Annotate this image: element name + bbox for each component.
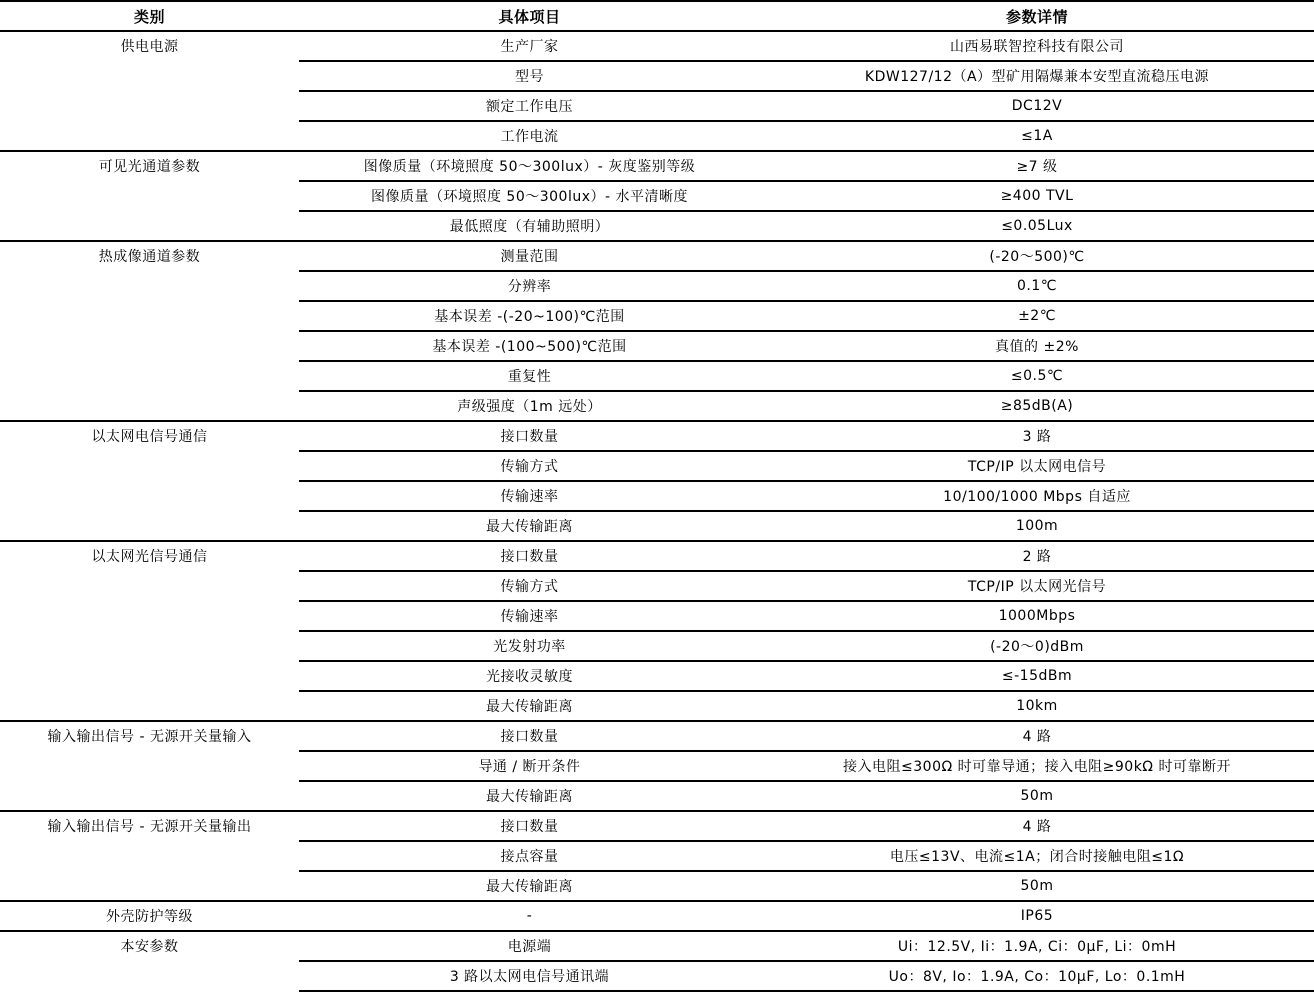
value-cell: ≤0.5℃ <box>760 362 1314 390</box>
item-cell: 传输方式 <box>299 572 760 600</box>
category-cell <box>0 782 299 810</box>
table-header-row: 类别 具体项目 参数详情 <box>0 2 1314 32</box>
table-row: 可见光通道参数图像质量（环境照度 50～300lux）- 灰度鉴别等级≥7 级 <box>0 152 1314 182</box>
table-row: 外壳防护等级-IP65 <box>0 902 1314 932</box>
category-cell <box>0 842 299 870</box>
table-row: 工作电流≤1A <box>0 122 1314 152</box>
table-row: 输入输出信号 - 无源开关量输入接口数量4 路 <box>0 722 1314 752</box>
item-cell: 图像质量（环境照度 50～300lux）- 水平清晰度 <box>299 182 760 210</box>
category-cell <box>0 122 299 150</box>
item-cell: 接口数量 <box>299 812 760 840</box>
category-cell <box>0 602 299 630</box>
category-cell <box>0 872 299 900</box>
item-cell: 基本误差 -(-20~100)℃范围 <box>299 302 760 330</box>
item-cell: 3 路以太网电信号通讯端 <box>299 962 760 990</box>
item-cell: 声级强度（1m 远处） <box>299 392 760 420</box>
category-cell: 输入输出信号 - 无源开关量输入 <box>0 722 299 750</box>
table-row: 基本误差 -(100~500)℃范围真值的 ±2% <box>0 332 1314 362</box>
value-cell: ≤0.05Lux <box>760 212 1314 240</box>
category-cell: 外壳防护等级 <box>0 902 299 930</box>
table-row: 最低照度（有辅助照明）≤0.05Lux <box>0 212 1314 242</box>
category-cell <box>0 362 299 390</box>
item-cell: 分辨率 <box>299 272 760 300</box>
value-cell: KDW127/12（A）型矿用隔爆兼本安型直流稳压电源 <box>760 62 1314 90</box>
category-cell <box>0 182 299 210</box>
category-cell: 以太网光信号通信 <box>0 542 299 570</box>
category-cell <box>0 392 299 420</box>
table-row: 本安参数电源端Ui：12.5V, Ii：1.9A, Ci：0μF, Li：0mH <box>0 932 1314 962</box>
table-row: 最大传输距离10km <box>0 692 1314 722</box>
item-cell: 导通 / 断开条件 <box>299 752 760 780</box>
category-cell <box>0 512 299 540</box>
value-cell: TCP/IP 以太网光信号 <box>760 572 1314 600</box>
table-body: 供电电源生产厂家山西易联智控科技有限公司型号KDW127/12（A）型矿用隔爆兼… <box>0 32 1314 992</box>
table-row: 输入输出信号 - 无源开关量输出接口数量4 路 <box>0 812 1314 842</box>
item-cell: 最大传输距离 <box>299 782 760 810</box>
item-cell: - <box>299 902 760 930</box>
item-cell: 光发射功率 <box>299 632 760 660</box>
value-cell: ±2℃ <box>760 302 1314 330</box>
table-row: 最大传输距离50m <box>0 872 1314 902</box>
category-cell: 本安参数 <box>0 932 299 960</box>
item-cell: 型号 <box>299 62 760 90</box>
value-cell: 3 路 <box>760 422 1314 450</box>
category-cell <box>0 272 299 300</box>
table-row: 额定工作电压DC12V <box>0 92 1314 122</box>
value-cell: 2 路 <box>760 542 1314 570</box>
item-cell: 工作电流 <box>299 122 760 150</box>
category-cell <box>0 332 299 360</box>
value-cell: 100m <box>760 512 1314 540</box>
value-cell: 10km <box>760 692 1314 720</box>
table-row: 传输速率1000Mbps <box>0 602 1314 632</box>
table-row: 接点容量电压≤13V、电流≤1A；闭合时接触电阻≤1Ω <box>0 842 1314 872</box>
value-cell: (-20～500)℃ <box>760 242 1314 270</box>
value-cell: Ui：12.5V, Ii：1.9A, Ci：0μF, Li：0mH <box>760 932 1314 960</box>
table-row: 最大传输距离50m <box>0 782 1314 812</box>
item-cell: 最大传输距离 <box>299 692 760 720</box>
value-cell: 1000Mbps <box>760 602 1314 630</box>
value-cell: 4 路 <box>760 812 1314 840</box>
item-cell: 电源端 <box>299 932 760 960</box>
spec-table: 类别 具体项目 参数详情 供电电源生产厂家山西易联智控科技有限公司型号KDW12… <box>0 0 1314 992</box>
value-cell: 4 路 <box>760 722 1314 750</box>
category-cell <box>0 572 299 600</box>
table-row: 分辨率0.1℃ <box>0 272 1314 302</box>
value-cell: 山西易联智控科技有限公司 <box>760 32 1314 60</box>
table-row: 基本误差 -(-20~100)℃范围±2℃ <box>0 302 1314 332</box>
item-cell: 基本误差 -(100~500)℃范围 <box>299 332 760 360</box>
item-cell: 重复性 <box>299 362 760 390</box>
item-cell: 最大传输距离 <box>299 512 760 540</box>
value-cell: ≥400 TVL <box>760 182 1314 210</box>
table-row: 传输速率10/100/1000 Mbps 自适应 <box>0 482 1314 512</box>
item-cell: 额定工作电压 <box>299 92 760 120</box>
value-cell: 电压≤13V、电流≤1A；闭合时接触电阻≤1Ω <box>760 842 1314 870</box>
header-item: 具体项目 <box>299 2 760 30</box>
table-row: 导通 / 断开条件接入电阻≤300Ω 时可靠导通；接入电阻≥90kΩ 时可靠断开 <box>0 752 1314 782</box>
category-cell: 输入输出信号 - 无源开关量输出 <box>0 812 299 840</box>
category-cell: 热成像通道参数 <box>0 242 299 270</box>
category-cell <box>0 92 299 120</box>
category-cell: 以太网电信号通信 <box>0 422 299 450</box>
item-cell: 图像质量（环境照度 50～300lux）- 灰度鉴别等级 <box>299 152 760 180</box>
item-cell: 接口数量 <box>299 542 760 570</box>
item-cell: 生产厂家 <box>299 32 760 60</box>
category-cell <box>0 692 299 720</box>
value-cell: Uo：8V, Io：1.9A, Co：10μF, Lo：0.1mH <box>760 962 1314 990</box>
value-cell: DC12V <box>760 92 1314 120</box>
value-cell: 接入电阻≤300Ω 时可靠导通；接入电阻≥90kΩ 时可靠断开 <box>760 752 1314 780</box>
item-cell: 测量范围 <box>299 242 760 270</box>
value-cell: 真值的 ±2% <box>760 332 1314 360</box>
item-cell: 传输速率 <box>299 482 760 510</box>
table-row: 传输方式TCP/IP 以太网电信号 <box>0 452 1314 482</box>
value-cell: IP65 <box>760 902 1314 930</box>
table-row: 重复性≤0.5℃ <box>0 362 1314 392</box>
value-cell: ≤1A <box>760 122 1314 150</box>
item-cell: 接口数量 <box>299 422 760 450</box>
item-cell: 接口数量 <box>299 722 760 750</box>
value-cell: 50m <box>760 782 1314 810</box>
table-row: 图像质量（环境照度 50～300lux）- 水平清晰度≥400 TVL <box>0 182 1314 212</box>
table-row: 热成像通道参数测量范围(-20～500)℃ <box>0 242 1314 272</box>
header-category: 类别 <box>0 2 299 30</box>
value-cell: 50m <box>760 872 1314 900</box>
table-row: 光接收灵敏度≤-15dBm <box>0 662 1314 692</box>
value-cell: ≥7 级 <box>760 152 1314 180</box>
item-cell: 最低照度（有辅助照明） <box>299 212 760 240</box>
value-cell: ≥85dB(A) <box>760 392 1314 420</box>
category-cell <box>0 632 299 660</box>
item-cell: 传输方式 <box>299 452 760 480</box>
header-value: 参数详情 <box>760 2 1314 30</box>
table-row: 3 路以太网电信号通讯端Uo：8V, Io：1.9A, Co：10μF, Lo：… <box>0 962 1314 992</box>
item-cell: 接点容量 <box>299 842 760 870</box>
category-cell <box>0 302 299 330</box>
category-cell: 供电电源 <box>0 32 299 60</box>
value-cell: 10/100/1000 Mbps 自适应 <box>760 482 1314 510</box>
table-row: 传输方式TCP/IP 以太网光信号 <box>0 572 1314 602</box>
category-cell: 可见光通道参数 <box>0 152 299 180</box>
table-row: 光发射功率(-20～0)dBm <box>0 632 1314 662</box>
category-cell <box>0 962 299 990</box>
value-cell: (-20～0)dBm <box>760 632 1314 660</box>
value-cell: TCP/IP 以太网电信号 <box>760 452 1314 480</box>
table-row: 以太网光信号通信接口数量2 路 <box>0 542 1314 572</box>
table-row: 供电电源生产厂家山西易联智控科技有限公司 <box>0 32 1314 62</box>
item-cell: 光接收灵敏度 <box>299 662 760 690</box>
category-cell <box>0 62 299 90</box>
value-cell: ≤-15dBm <box>760 662 1314 690</box>
category-cell <box>0 752 299 780</box>
category-cell <box>0 452 299 480</box>
value-cell: 0.1℃ <box>760 272 1314 300</box>
item-cell: 最大传输距离 <box>299 872 760 900</box>
category-cell <box>0 482 299 510</box>
table-row: 声级强度（1m 远处）≥85dB(A) <box>0 392 1314 422</box>
item-cell: 传输速率 <box>299 602 760 630</box>
category-cell <box>0 212 299 240</box>
table-row: 型号KDW127/12（A）型矿用隔爆兼本安型直流稳压电源 <box>0 62 1314 92</box>
table-row: 以太网电信号通信接口数量3 路 <box>0 422 1314 452</box>
category-cell <box>0 662 299 690</box>
table-row: 最大传输距离100m <box>0 512 1314 542</box>
